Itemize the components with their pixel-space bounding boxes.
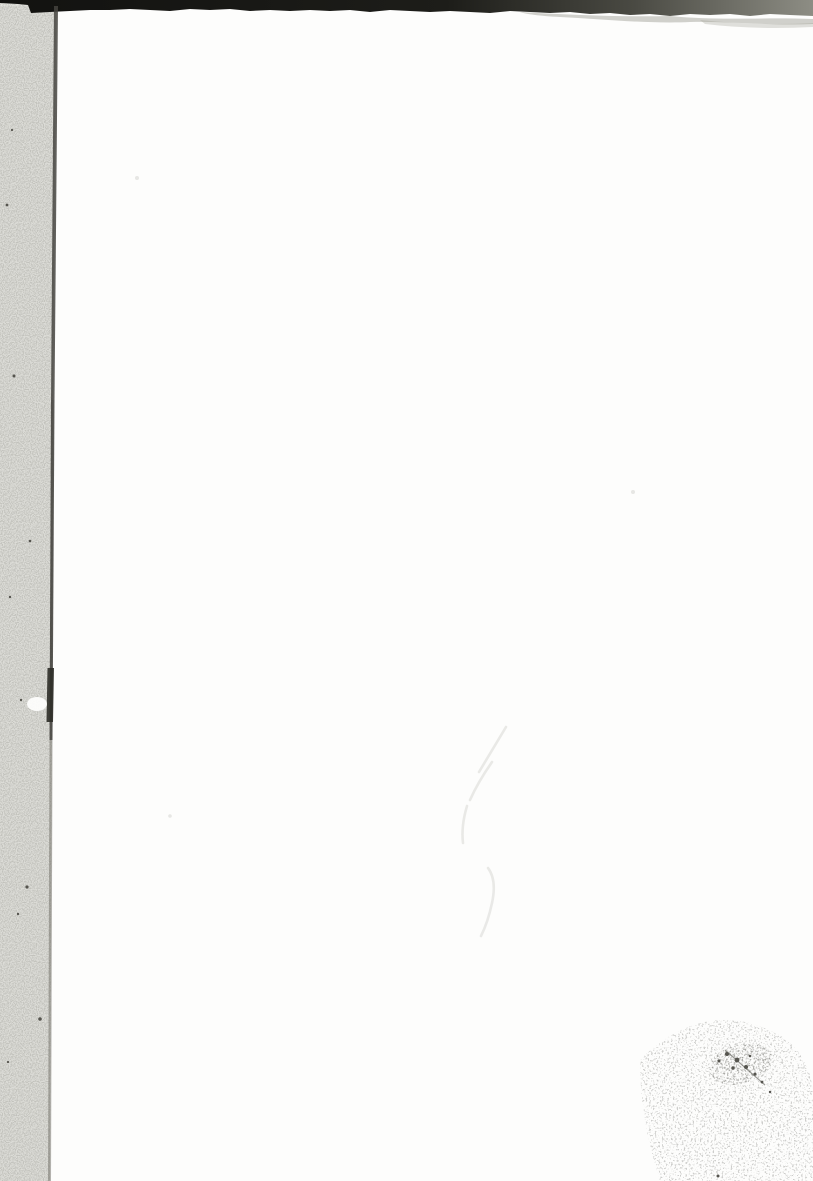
edge-speck [11,129,13,131]
edge-speck [20,699,22,701]
smudge-dot [717,1175,720,1178]
faint-dot [168,814,172,818]
edge-speck [29,540,32,543]
edge-speck [7,1061,9,1063]
page-edge-grain [0,0,57,1181]
edge-speck [6,204,9,207]
gutter-shadow-line-dark-patch [47,668,55,722]
edge-speck [38,1017,42,1021]
smudge-dot [731,1066,734,1069]
edge-speck [9,596,11,598]
faint-dot [631,490,635,494]
smudge-dot [769,1091,771,1093]
edge-speck [13,375,16,378]
smudge-dot [718,1060,721,1063]
page-scan-art [0,0,813,1181]
edge-speck [25,885,28,888]
white-notch [27,697,47,711]
edge-speck [17,913,19,915]
smudge-field [640,1020,813,1181]
smudge-dot [749,1055,752,1058]
scanned-page [0,0,813,1181]
paper-background [0,0,813,1181]
faint-dot [135,176,139,180]
